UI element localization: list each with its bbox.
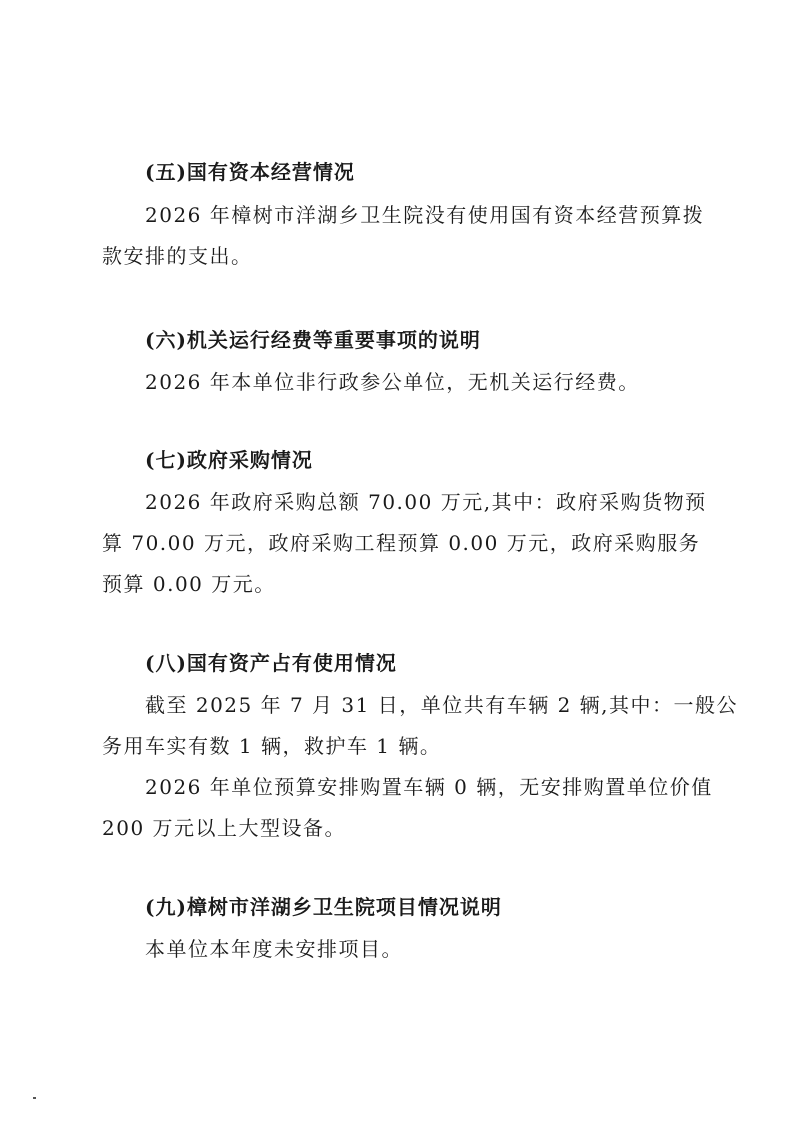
paragraph-line: 预算 0.00 万元。 bbox=[102, 572, 276, 596]
paragraph-line: 2026 年单位预算安排购置车辆 0 辆，无安排购置单位价值 bbox=[145, 775, 713, 799]
section-heading-7: (七)政府采购情况 bbox=[145, 448, 313, 472]
section-heading-6: (六)机关运行经费等重要事项的说明 bbox=[145, 328, 481, 352]
paragraph-line: 款安排的支出。 bbox=[102, 244, 253, 268]
paragraph-line: 2026 年政府采购总额 70.00 万元,其中：政府采购货物预 bbox=[145, 490, 707, 514]
document-page: (五)国有资本经营情况 2026 年樟树市洋湖乡卫生院没有使用国有资本经营预算拨… bbox=[0, 0, 793, 1121]
paragraph-line: 务用车实有数 1 辆，救护车 1 辆。 bbox=[102, 734, 441, 758]
paragraph-line: 2026 年樟树市洋湖乡卫生院没有使用国有资本经营预算拨 bbox=[145, 203, 704, 227]
paragraph-line: 本单位本年度未安排项目。 bbox=[145, 937, 403, 961]
section-heading-9: (九)樟树市洋湖乡卫生院项目情况说明 bbox=[145, 895, 502, 919]
section-heading-5: (五)国有资本经营情况 bbox=[145, 160, 355, 184]
paragraph-line: 截至 2025 年 7 月 31 日，单位共有车辆 2 辆,其中：一般公 bbox=[145, 693, 738, 717]
paragraph-line: 算 70.00 万元，政府采购工程预算 0.00 万元，政府采购服务 bbox=[102, 531, 700, 555]
section-heading-8: (八)国有资产占有使用情况 bbox=[145, 651, 397, 675]
scan-artifact bbox=[33, 1097, 36, 1099]
paragraph-line: 2026 年本单位非行政参公单位，无机关运行经费。 bbox=[145, 370, 640, 394]
paragraph-line: 200 万元以上大型设备。 bbox=[102, 816, 346, 840]
